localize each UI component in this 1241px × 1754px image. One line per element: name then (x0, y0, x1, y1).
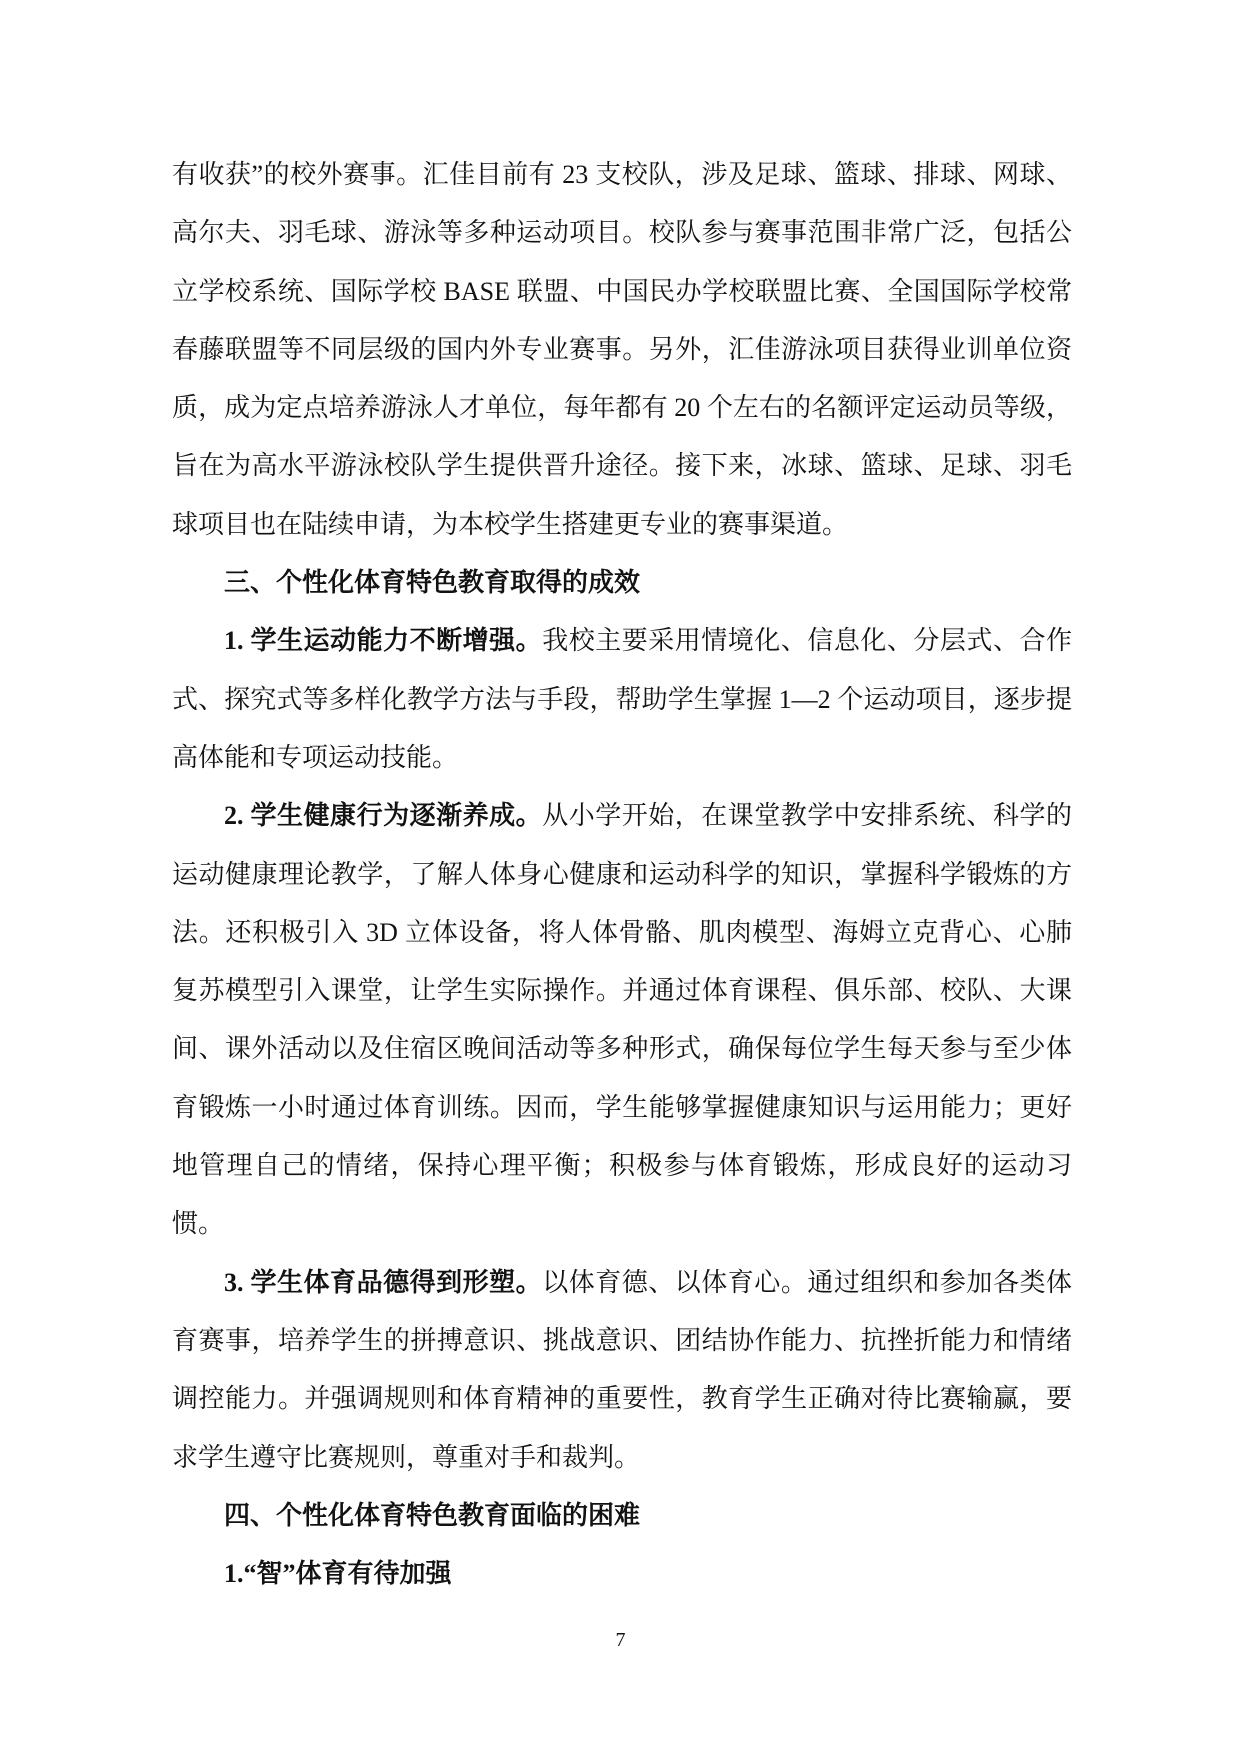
heading-difficulty-1: 1.“智”体育有待加强 (172, 1545, 1072, 1603)
paragraph-achievement-3: 3. 学生体育品德得到形塑。以体育德、以体育心。通过组织和参加各类体育赛事，培养… (172, 1254, 1072, 1487)
page-number: 7 (0, 1626, 1241, 1654)
text-run: 以体育德、以体育心。通过组织和参加各类体育赛事，培养学生的拼搏意识、挑战意识、团… (172, 1268, 1072, 1472)
text-run-bold: 2. 学生健康行为逐渐养成。 (224, 801, 542, 830)
document-body: 有收获”的校外赛事。汇佳目前有 23 支校队，涉及足球、篮球、排球、网球、高尔夫… (172, 146, 1072, 1603)
text-run: 从小学开始，在课堂教学中安排系统、科学的运动健康理论教学，了解人体身心健康和运动… (172, 801, 1072, 1238)
text-run-bold: 1. 学生运动能力不断增强。 (224, 626, 542, 655)
heading-section-3-achievements: 三、个性化体育特色教育取得的成效 (172, 554, 1072, 612)
document-page: 有收获”的校外赛事。汇佳目前有 23 支校队，涉及足球、篮球、排球、网球、高尔夫… (0, 0, 1241, 1754)
heading-section-4-difficulties: 四、个性化体育特色教育面临的困难 (172, 1487, 1072, 1545)
paragraph-achievement-1: 1. 学生运动能力不断增强。我校主要采用情境化、信息化、分层式、合作式、探究式等… (172, 612, 1072, 787)
text-run-bold: 三、个性化体育特色教育取得的成效 (224, 568, 640, 597)
text-run-bold: 四、个性化体育特色教育面临的困难 (224, 1501, 640, 1530)
text-run-bold: 3. 学生体育品德得到形塑。 (224, 1268, 542, 1297)
text-run-bold: 1.“智”体育有待加强 (224, 1559, 452, 1588)
paragraph-achievement-2: 2. 学生健康行为逐渐养成。从小学开始，在课堂教学中安排系统、科学的运动健康理论… (172, 787, 1072, 1253)
text-run: 有收获”的校外赛事。汇佳目前有 23 支校队，涉及足球、篮球、排球、网球、高尔夫… (172, 160, 1072, 539)
paragraph-school-teams: 有收获”的校外赛事。汇佳目前有 23 支校队，涉及足球、篮球、排球、网球、高尔夫… (172, 146, 1072, 554)
